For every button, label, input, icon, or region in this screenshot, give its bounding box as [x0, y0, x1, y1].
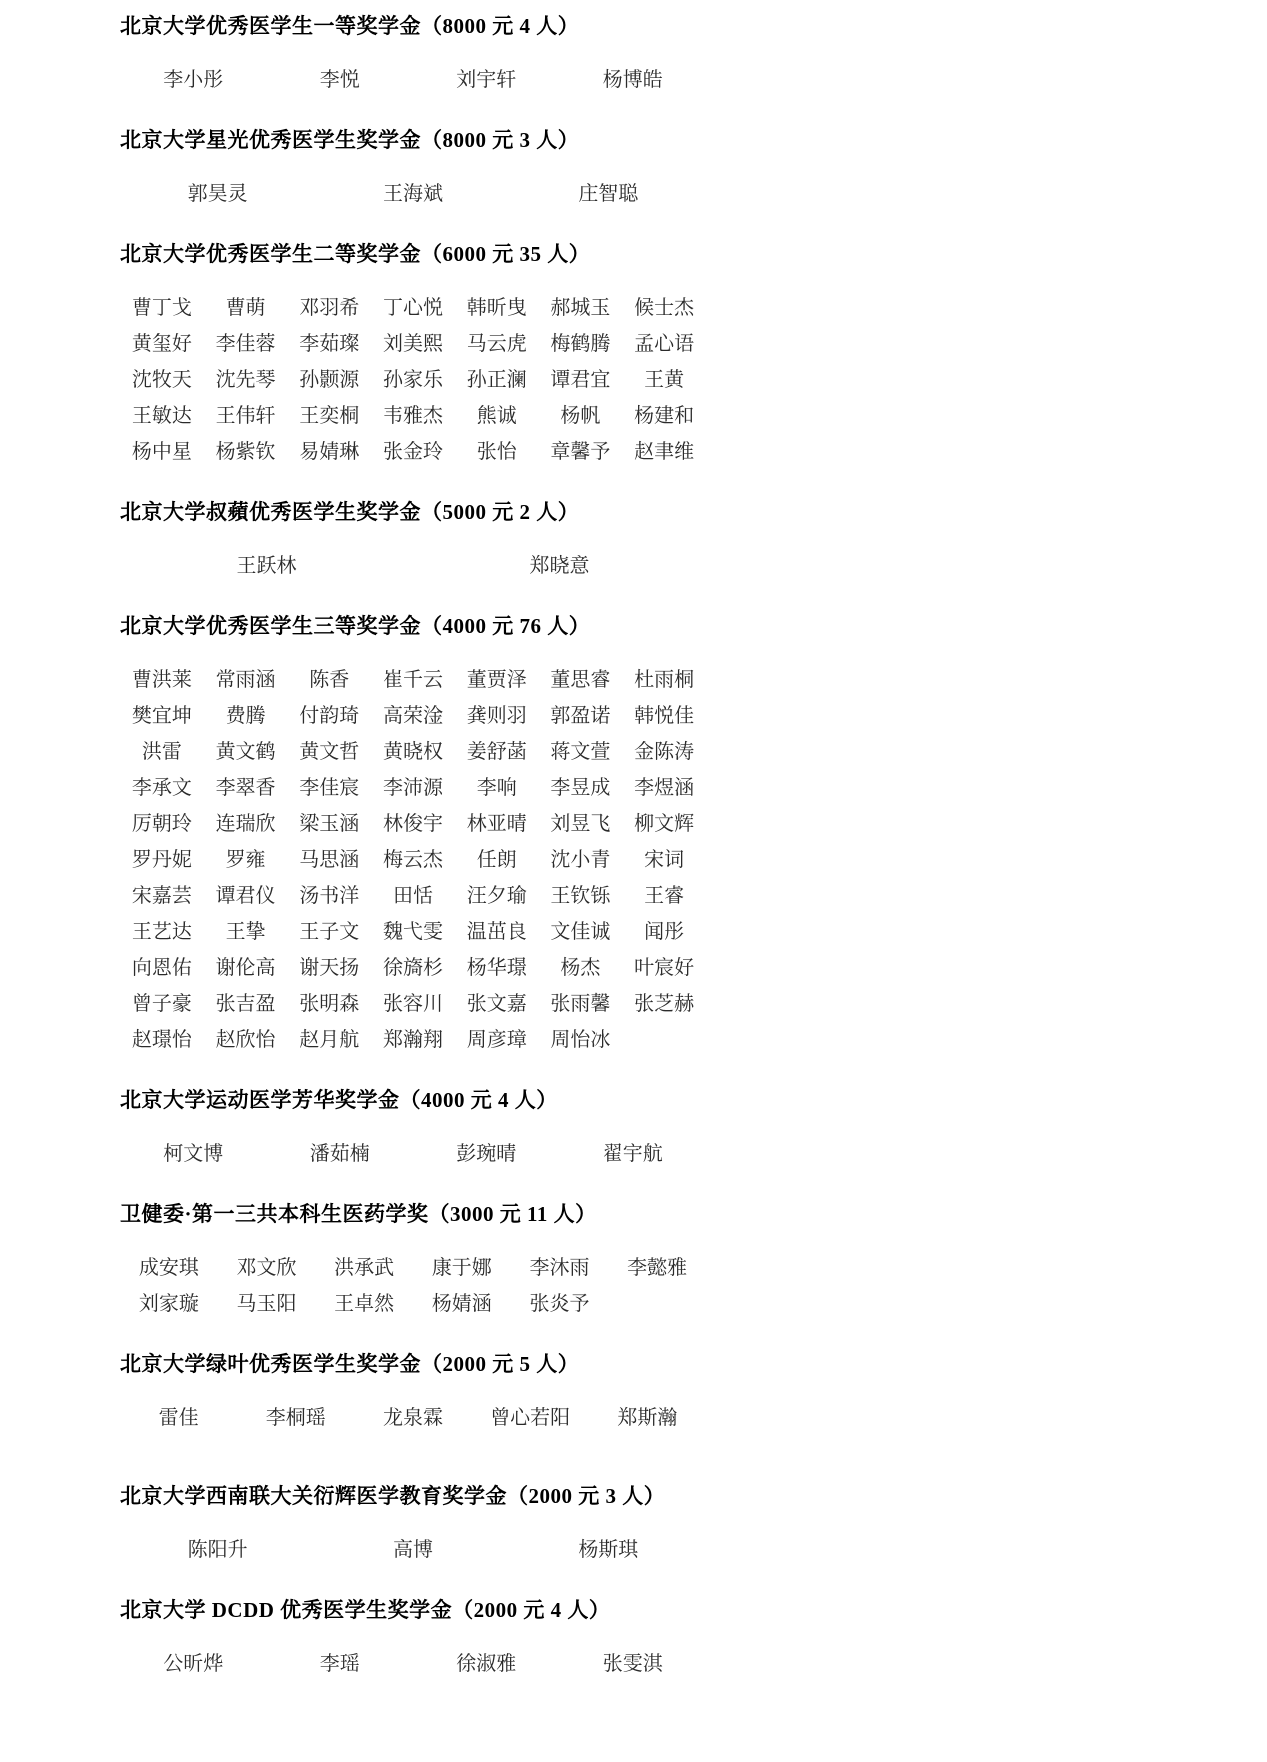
recipient-name: 柳文辉	[622, 806, 706, 842]
award-title: 北京大学优秀医学生二等奖学金（6000 元 35 人）	[120, 238, 706, 268]
recipient-name: 王钦铄	[539, 878, 623, 914]
recipient-name: 李佳宸	[287, 770, 371, 806]
recipient-name: 刘宇轩	[413, 62, 560, 98]
recipient-name: 杨华璟	[455, 950, 539, 986]
recipient-name: 林俊宇	[371, 806, 455, 842]
recipient-name: 沈先琴	[204, 362, 288, 398]
recipient-name: 潘茹楠	[267, 1136, 414, 1172]
recipient-name: 赵璟怡	[120, 1022, 204, 1058]
recipient-name: 刘昱飞	[539, 806, 623, 842]
recipient-name: 杨婧涵	[413, 1286, 511, 1322]
recipient-name: 沈牧天	[120, 362, 204, 398]
recipient-row: 宋嘉芸谭君仪汤书洋田恬汪夕瑜王钦铄王睿	[120, 878, 706, 914]
recipient-row: 柯文博潘茹楠彭琬晴翟宇航	[120, 1136, 706, 1172]
recipient-name: 杨斯琪	[511, 1532, 706, 1568]
recipient-row: 黄玺好李佳蓉李茹璨刘美熙马云虎梅鹤腾孟心语	[120, 326, 706, 362]
recipient-name: 庄智聪	[511, 176, 706, 212]
recipient-name: 彭琬晴	[413, 1136, 560, 1172]
recipient-name: 杜雨桐	[622, 662, 706, 698]
award-title: 卫健委·第一三共本科生医药学奖（3000 元 11 人）	[120, 1198, 706, 1228]
scholarship-award-document: 北京大学优秀医学生一等奖学金（8000 元 4 人）李小彤李悦刘宇轩杨博皓北京大…	[0, 0, 1267, 1682]
recipient-name: 王睿	[622, 878, 706, 914]
recipient-name: 曾心若阳	[472, 1400, 589, 1436]
recipient-name: 宋嘉芸	[120, 878, 204, 914]
recipient-name: 张炎予	[511, 1286, 609, 1322]
recipient-name: 董思睿	[539, 662, 623, 698]
recipient-name: 张吉盈	[204, 986, 288, 1022]
recipient-name: 张明森	[287, 986, 371, 1022]
recipient-name: 文佳诚	[539, 914, 623, 950]
recipient-name: 黄文鹤	[204, 734, 288, 770]
recipient-name: 费腾	[204, 698, 288, 734]
recipient-name: 王敏达	[120, 398, 204, 434]
award-section: 北京大学 DCDD 优秀医学生奖学金（2000 元 4 人）公昕烨李瑶徐淑雅张雯…	[120, 1594, 706, 1682]
recipient-name: 黄文哲	[287, 734, 371, 770]
recipient-name: 李懿雅	[608, 1250, 706, 1286]
recipient-name: 韩昕曳	[455, 290, 539, 326]
recipient-name: 林亚晴	[455, 806, 539, 842]
award-title: 北京大学优秀医学生一等奖学金（8000 元 4 人）	[120, 10, 706, 40]
recipient-name: 洪承武	[315, 1250, 413, 1286]
recipient-name: 邓文欣	[218, 1250, 316, 1286]
recipient-name: 杨帆	[539, 398, 623, 434]
award-title: 北京大学叔蘋优秀医学生奖学金（5000 元 2 人）	[120, 496, 706, 526]
recipient-name: 徐旖杉	[371, 950, 455, 986]
award-section: 北京大学优秀医学生二等奖学金（6000 元 35 人）曹丁戈曹萌邓羽希丁心悦韩昕…	[120, 238, 706, 470]
recipient-name: 马玉阳	[218, 1286, 316, 1322]
recipient-name: 李响	[455, 770, 539, 806]
recipient-row: 李小彤李悦刘宇轩杨博皓	[120, 62, 706, 98]
recipient-row: 雷佳李桐瑶龙泉霖曾心若阳郑斯瀚	[120, 1400, 706, 1436]
recipient-name: 郭昊灵	[120, 176, 315, 212]
recipient-name: 高荣淦	[371, 698, 455, 734]
recipient-name: 樊宜坤	[120, 698, 204, 734]
recipient-name: 李佳蓉	[204, 326, 288, 362]
award-section: 北京大学星光优秀医学生奖学金（8000 元 3 人）郭昊灵王海斌庄智聪	[120, 124, 706, 212]
recipient-name: 曹萌	[204, 290, 288, 326]
award-title: 北京大学 DCDD 优秀医学生奖学金（2000 元 4 人）	[120, 1594, 706, 1624]
recipient-name: 蒋文萱	[539, 734, 623, 770]
recipient-name: 王海斌	[315, 176, 510, 212]
recipient-name: 郝城玉	[539, 290, 623, 326]
recipient-row: 公昕烨李瑶徐淑雅张雯淇	[120, 1646, 706, 1682]
recipient-name: 李承文	[120, 770, 204, 806]
recipient-name: 曹洪莱	[120, 662, 204, 698]
recipient-name: 郑斯瀚	[589, 1400, 706, 1436]
recipient-name: 付韵琦	[287, 698, 371, 734]
award-section: 北京大学优秀医学生三等奖学金（4000 元 76 人）曹洪莱常雨涵陈香崔千云董贾…	[120, 610, 706, 1058]
recipient-name: 柯文博	[120, 1136, 267, 1172]
recipient-name: 杨紫钦	[204, 434, 288, 470]
recipient-name: 梅云杰	[371, 842, 455, 878]
recipient-name: 熊诚	[455, 398, 539, 434]
recipient-name: 王奕桐	[287, 398, 371, 434]
recipient-row: 王敏达王伟轩王奕桐韦雅杰熊诚杨帆杨建和	[120, 398, 706, 434]
recipient-name: 王卓然	[315, 1286, 413, 1322]
recipient-name: 龚则羽	[455, 698, 539, 734]
recipient-name: 李小彤	[120, 62, 267, 98]
recipient-name: 张芝赫	[622, 986, 706, 1022]
recipient-name: 刘家璇	[120, 1286, 218, 1322]
recipient-name: 赵欣怡	[204, 1022, 288, 1058]
recipient-name: 李瑶	[267, 1646, 414, 1682]
recipient-name: 任朗	[455, 842, 539, 878]
recipient-row: 李承文李翠香李佳宸李沛源李响李昱成李煜涵	[120, 770, 706, 806]
recipient-name: 周彦璋	[455, 1022, 539, 1058]
recipient-row: 王跃林郑晓意	[120, 548, 706, 584]
recipient-row: 郭昊灵王海斌庄智聪	[120, 176, 706, 212]
recipient-name: 罗雍	[204, 842, 288, 878]
recipient-name: 杨博皓	[560, 62, 707, 98]
recipient-name: 张怡	[455, 434, 539, 470]
recipient-name: 周怡冰	[539, 1022, 623, 1058]
recipient-name: 公昕烨	[120, 1646, 267, 1682]
recipient-name: 魏弋雯	[371, 914, 455, 950]
award-section: 北京大学优秀医学生一等奖学金（8000 元 4 人）李小彤李悦刘宇轩杨博皓	[120, 10, 706, 98]
recipient-name: 金陈涛	[622, 734, 706, 770]
recipient-name: 韦雅杰	[371, 398, 455, 434]
award-title: 北京大学星光优秀医学生奖学金（8000 元 3 人）	[120, 124, 706, 154]
recipient-name: 杨杰	[539, 950, 623, 986]
recipient-name: 龙泉霖	[354, 1400, 471, 1436]
recipient-row: 沈牧天沈先琴孙颢源孙家乐孙正澜谭君宜王黄	[120, 362, 706, 398]
recipient-name: 高博	[315, 1532, 510, 1568]
recipient-name: 张金玲	[371, 434, 455, 470]
recipient-name: 李沐雨	[511, 1250, 609, 1286]
recipient-row: 赵璟怡赵欣怡赵月航郑瀚翔周彦璋周怡冰	[120, 1022, 706, 1058]
recipient-name: 孙家乐	[371, 362, 455, 398]
award-section: 北京大学西南联大关衍辉医学教育奖学金（2000 元 3 人）陈阳升高博杨斯琪	[120, 1480, 706, 1568]
recipient-row: 陈阳升高博杨斯琪	[120, 1532, 706, 1568]
award-title: 北京大学运动医学芳华奖学金（4000 元 4 人）	[120, 1084, 706, 1114]
recipient-name: 杨建和	[622, 398, 706, 434]
recipient-row: 曹丁戈曹萌邓羽希丁心悦韩昕曳郝城玉候士杰	[120, 290, 706, 326]
recipient-name: 邓羽希	[287, 290, 371, 326]
recipient-name: 李翠香	[204, 770, 288, 806]
recipient-row: 王艺达王挚王子文魏弋雯温茁良文佳诚闻彤	[120, 914, 706, 950]
award-title: 北京大学西南联大关衍辉医学教育奖学金（2000 元 3 人）	[120, 1480, 706, 1510]
recipient-row: 刘家璇马玉阳王卓然杨婧涵张炎予	[120, 1286, 706, 1322]
recipient-name: 崔千云	[371, 662, 455, 698]
recipient-name: 康于娜	[413, 1250, 511, 1286]
recipient-name: 候士杰	[622, 290, 706, 326]
award-section: 北京大学叔蘋优秀医学生奖学金（5000 元 2 人）王跃林郑晓意	[120, 496, 706, 584]
recipient-name: 张雨馨	[539, 986, 623, 1022]
recipient-name: 陈香	[287, 662, 371, 698]
recipient-name: 李沛源	[371, 770, 455, 806]
recipient-row: 成安琪邓文欣洪承武康于娜李沐雨李懿雅	[120, 1250, 706, 1286]
recipient-name: 姜舒菡	[455, 734, 539, 770]
recipient-name: 王艺达	[120, 914, 204, 950]
recipient-row: 洪雷黄文鹤黄文哲黄晓权姜舒菡蒋文萱金陈涛	[120, 734, 706, 770]
recipient-row: 向恩佑谢伦高谢天扬徐旖杉杨华璟杨杰叶宸好	[120, 950, 706, 986]
award-title: 北京大学优秀医学生三等奖学金（4000 元 76 人）	[120, 610, 706, 640]
award-section: 卫健委·第一三共本科生医药学奖（3000 元 11 人）成安琪邓文欣洪承武康于娜…	[120, 1198, 706, 1322]
recipient-name: 李昱成	[539, 770, 623, 806]
award-title: 北京大学绿叶优秀医学生奖学金（2000 元 5 人）	[120, 1348, 706, 1378]
recipient-name: 谢天扬	[287, 950, 371, 986]
recipient-name: 闻彤	[622, 914, 706, 950]
recipient-name: 刘美熙	[371, 326, 455, 362]
recipient-name: 王黄	[622, 362, 706, 398]
recipient-row: 曹洪莱常雨涵陈香崔千云董贾泽董思睿杜雨桐	[120, 662, 706, 698]
recipient-name: 温茁良	[455, 914, 539, 950]
recipient-name: 翟宇航	[560, 1136, 707, 1172]
recipient-name: 张文嘉	[455, 986, 539, 1022]
recipient-name: 汪夕瑜	[455, 878, 539, 914]
recipient-name: 连瑞欣	[204, 806, 288, 842]
recipient-row: 杨中星杨紫钦易婧琳张金玲张怡章馨予赵聿维	[120, 434, 706, 470]
recipient-name: 徐淑雅	[413, 1646, 560, 1682]
recipient-name: 赵聿维	[622, 434, 706, 470]
recipient-name: 李桐瑶	[237, 1400, 354, 1436]
recipient-name: 易婧琳	[287, 434, 371, 470]
award-section: 北京大学运动医学芳华奖学金（4000 元 4 人）柯文博潘茹楠彭琬晴翟宇航	[120, 1084, 706, 1172]
recipient-row: 罗丹妮罗雍马思涵梅云杰任朗沈小青宋词	[120, 842, 706, 878]
recipient-name: 谭君仪	[204, 878, 288, 914]
recipient-name: 田恬	[371, 878, 455, 914]
recipient-name: 马思涵	[287, 842, 371, 878]
recipient-name: 杨中星	[120, 434, 204, 470]
recipient-name: 马云虎	[455, 326, 539, 362]
recipient-name: 黄玺好	[120, 326, 204, 362]
recipient-name: 郑瀚翔	[371, 1022, 455, 1058]
recipient-name: 谭君宜	[539, 362, 623, 398]
recipient-name: 厉朝玲	[120, 806, 204, 842]
recipient-name: 梅鹤腾	[539, 326, 623, 362]
recipient-name: 常雨涵	[204, 662, 288, 698]
recipient-name: 曹丁戈	[120, 290, 204, 326]
recipient-row: 樊宜坤费腾付韵琦高荣淦龚则羽郭盈诺韩悦佳	[120, 698, 706, 734]
recipient-name: 李煜涵	[622, 770, 706, 806]
recipient-name: 汤书洋	[287, 878, 371, 914]
recipient-name: 王伟轩	[204, 398, 288, 434]
recipient-name: 洪雷	[120, 734, 204, 770]
recipient-name: 李悦	[267, 62, 414, 98]
recipient-name: 成安琪	[120, 1250, 218, 1286]
recipient-name: 郑晓意	[413, 548, 706, 584]
recipient-name: 叶宸好	[622, 950, 706, 986]
recipient-name: 张容川	[371, 986, 455, 1022]
recipient-name: 宋词	[622, 842, 706, 878]
recipient-name: 王挚	[204, 914, 288, 950]
recipient-name: 沈小青	[539, 842, 623, 878]
recipient-name: 章馨予	[539, 434, 623, 470]
recipient-name: 陈阳升	[120, 1532, 315, 1568]
recipient-name: 雷佳	[120, 1400, 237, 1436]
recipient-name: 曾子豪	[120, 986, 204, 1022]
recipient-name: 孙正澜	[455, 362, 539, 398]
recipient-name: 韩悦佳	[622, 698, 706, 734]
recipient-name: 孙颢源	[287, 362, 371, 398]
recipient-name: 孟心语	[622, 326, 706, 362]
recipient-name: 罗丹妮	[120, 842, 204, 878]
recipient-name: 丁心悦	[371, 290, 455, 326]
recipient-name: 赵月航	[287, 1022, 371, 1058]
recipient-name: 张雯淇	[560, 1646, 707, 1682]
recipient-name: 梁玉涵	[287, 806, 371, 842]
recipient-row: 厉朝玲连瑞欣梁玉涵林俊宇林亚晴刘昱飞柳文辉	[120, 806, 706, 842]
recipient-name: 谢伦高	[204, 950, 288, 986]
recipient-name: 王跃林	[120, 548, 413, 584]
recipient-name: 黄晓权	[371, 734, 455, 770]
recipient-row: 曾子豪张吉盈张明森张容川张文嘉张雨馨张芝赫	[120, 986, 706, 1022]
recipient-name: 王子文	[287, 914, 371, 950]
award-section: 北京大学绿叶优秀医学生奖学金（2000 元 5 人）雷佳李桐瑶龙泉霖曾心若阳郑斯…	[120, 1348, 706, 1436]
recipient-name: 董贾泽	[455, 662, 539, 698]
recipient-name: 向恩佑	[120, 950, 204, 986]
recipient-name: 郭盈诺	[539, 698, 623, 734]
recipient-name: 李茹璨	[287, 326, 371, 362]
